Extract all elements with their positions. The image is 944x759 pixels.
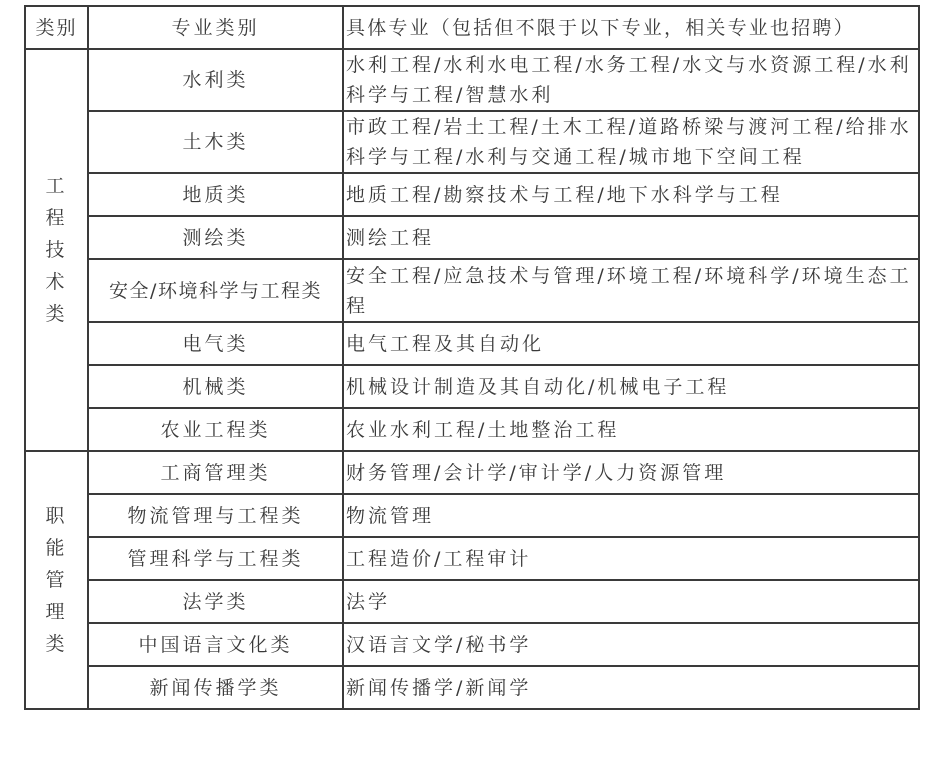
specific-majors-cell: 地质工程/勘察技术与工程/地下水科学与工程	[343, 173, 919, 216]
table-row: 农业工程类 农业水利工程/土地整治工程	[25, 408, 919, 451]
specific-majors-cell: 法学	[343, 580, 919, 623]
table-row: 物流管理与工程类 物流管理	[25, 494, 919, 537]
category-label: 工程技术类	[45, 170, 68, 330]
table-row: 职能管理类 工商管理类 财务管理/会计学/审计学/人力资源管理	[25, 451, 919, 494]
table-row: 地质类 地质工程/勘察技术与工程/地下水科学与工程	[25, 173, 919, 216]
header-row: 类别 专业类别 具体专业（包括但不限于以下专业，相关专业也招聘）	[25, 6, 919, 49]
subcategory-cell: 测绘类	[88, 216, 343, 259]
subcategory-cell: 机械类	[88, 365, 343, 408]
specific-majors-cell: 电气工程及其自动化	[343, 322, 919, 365]
subcategory-cell: 管理科学与工程类	[88, 537, 343, 580]
subcategory-cell: 中国语言文化类	[88, 623, 343, 666]
subcategory-cell: 土木类	[88, 111, 343, 173]
specific-majors-cell: 机械设计制造及其自动化/机械电子工程	[343, 365, 919, 408]
specific-majors-cell: 财务管理/会计学/审计学/人力资源管理	[343, 451, 919, 494]
specific-majors-cell: 水利工程/水利水电工程/水务工程/水文与水资源工程/水利科学与工程/智慧水利	[343, 49, 919, 111]
table-row: 新闻传播学类 新闻传播学/新闻学	[25, 666, 919, 709]
subcategory-cell: 物流管理与工程类	[88, 494, 343, 537]
subcategory-cell: 法学类	[88, 580, 343, 623]
subcategory-cell: 新闻传播学类	[88, 666, 343, 709]
subcategory-cell: 地质类	[88, 173, 343, 216]
subcategory-cell: 电气类	[88, 322, 343, 365]
subcategory-cell: 农业工程类	[88, 408, 343, 451]
header-specific-majors: 具体专业（包括但不限于以下专业，相关专业也招聘）	[343, 6, 919, 49]
header-category: 类别	[25, 6, 88, 49]
header-subcategory: 专业类别	[88, 6, 343, 49]
category-label: 职能管理类	[45, 500, 68, 660]
subcategory-cell: 安全/环境科学与工程类	[88, 259, 343, 322]
specific-majors-cell: 物流管理	[343, 494, 919, 537]
table-row: 法学类 法学	[25, 580, 919, 623]
specific-majors-cell: 农业水利工程/土地整治工程	[343, 408, 919, 451]
table-row: 土木类 市政工程/岩土工程/土木工程/道路桥梁与渡河工程/给排水科学与工程/水利…	[25, 111, 919, 173]
specific-majors-cell: 测绘工程	[343, 216, 919, 259]
specific-majors-cell: 工程造价/工程审计	[343, 537, 919, 580]
subcategory-cell: 工商管理类	[88, 451, 343, 494]
specific-majors-cell: 汉语言文学/秘书学	[343, 623, 919, 666]
table-row: 中国语言文化类 汉语言文学/秘书学	[25, 623, 919, 666]
specific-majors-cell: 市政工程/岩土工程/土木工程/道路桥梁与渡河工程/给排水科学与工程/水利与交通工…	[343, 111, 919, 173]
majors-table: 类别 专业类别 具体专业（包括但不限于以下专业，相关专业也招聘） 工程技术类 水…	[24, 5, 920, 710]
table-row: 管理科学与工程类 工程造价/工程审计	[25, 537, 919, 580]
specific-majors-cell: 新闻传播学/新闻学	[343, 666, 919, 709]
subcategory-cell: 水利类	[88, 49, 343, 111]
table-row: 机械类 机械设计制造及其自动化/机械电子工程	[25, 365, 919, 408]
category-management: 职能管理类	[25, 451, 88, 709]
specific-majors-cell: 安全工程/应急技术与管理/环境工程/环境科学/环境生态工程	[343, 259, 919, 322]
category-engineering: 工程技术类	[25, 49, 88, 451]
table-row: 电气类 电气工程及其自动化	[25, 322, 919, 365]
table-row: 测绘类 测绘工程	[25, 216, 919, 259]
table-row: 工程技术类 水利类 水利工程/水利水电工程/水务工程/水文与水资源工程/水利科学…	[25, 49, 919, 111]
table-row: 安全/环境科学与工程类 安全工程/应急技术与管理/环境工程/环境科学/环境生态工…	[25, 259, 919, 322]
